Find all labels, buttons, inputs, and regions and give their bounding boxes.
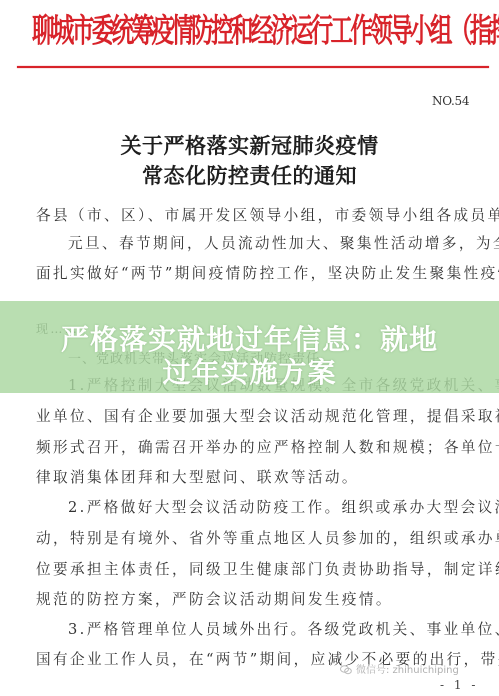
wechat-watermark: 微信号: zhihuichiping [340, 661, 459, 676]
addressee-line: 各县（市、区）、市属开发区领导小组，市委领导小组各成员单位： [36, 204, 499, 225]
issuing-office-header: 聊城市委统筹疫情防控和经济运行工作领导小组（指挥部）办公室 [32, 14, 472, 72]
watermark-text: 微信号: zhihuichiping [356, 665, 459, 676]
body-line: 面扎实做好“两节”期间疫情防控工作，坚决防止发生聚集性疫情， [36, 262, 499, 283]
body-line: 2.严格做好大型会议活动防疫工作。组织或承办大型会议活 [68, 496, 499, 517]
body-line: 3.严格管理单位人员域外出行。各级党政机关、事业单位、 [68, 618, 499, 639]
banner-title-line-2: 过年实施方案 [0, 351, 499, 391]
wechat-icon [340, 665, 352, 675]
document-number: NO.54 [432, 94, 469, 108]
body-line: 业单位、国有企业要加强大型会议活动规范化管理，提倡采取视 [36, 405, 499, 426]
body-line: 动，特别是有境外、省外等重点地区人员参加的，组织或承办单 [36, 527, 499, 548]
document-title-line-2: 常态化防控责任的通知 [0, 160, 499, 190]
page-number: - 1 - [440, 678, 478, 692]
body-line: 位要承担主体责任，同级卫生健康部门负责协助指导，制定详细 [36, 558, 499, 579]
red-header-rule [17, 66, 489, 68]
body-line: 规范的防控方案，严防会议活动期间发生疫情。 [36, 588, 393, 609]
body-line: 律取消集体团拜和大型慰问、联欢等活动。 [36, 466, 359, 487]
document-title-line-1: 关于严格落实新冠肺炎疫情 [0, 130, 499, 160]
body-line: 元旦、春节期间，人员流动性加大、聚集性活动增多，为全 [68, 232, 499, 253]
body-line: 频形式召开，确需召开举办的应严格控制人数和规模；各单位一 [36, 436, 499, 457]
document-page: 聊城市委统筹疫情防控和经济运行工作领导小组（指挥部）办公室 NO.54 关于严格… [0, 0, 499, 696]
